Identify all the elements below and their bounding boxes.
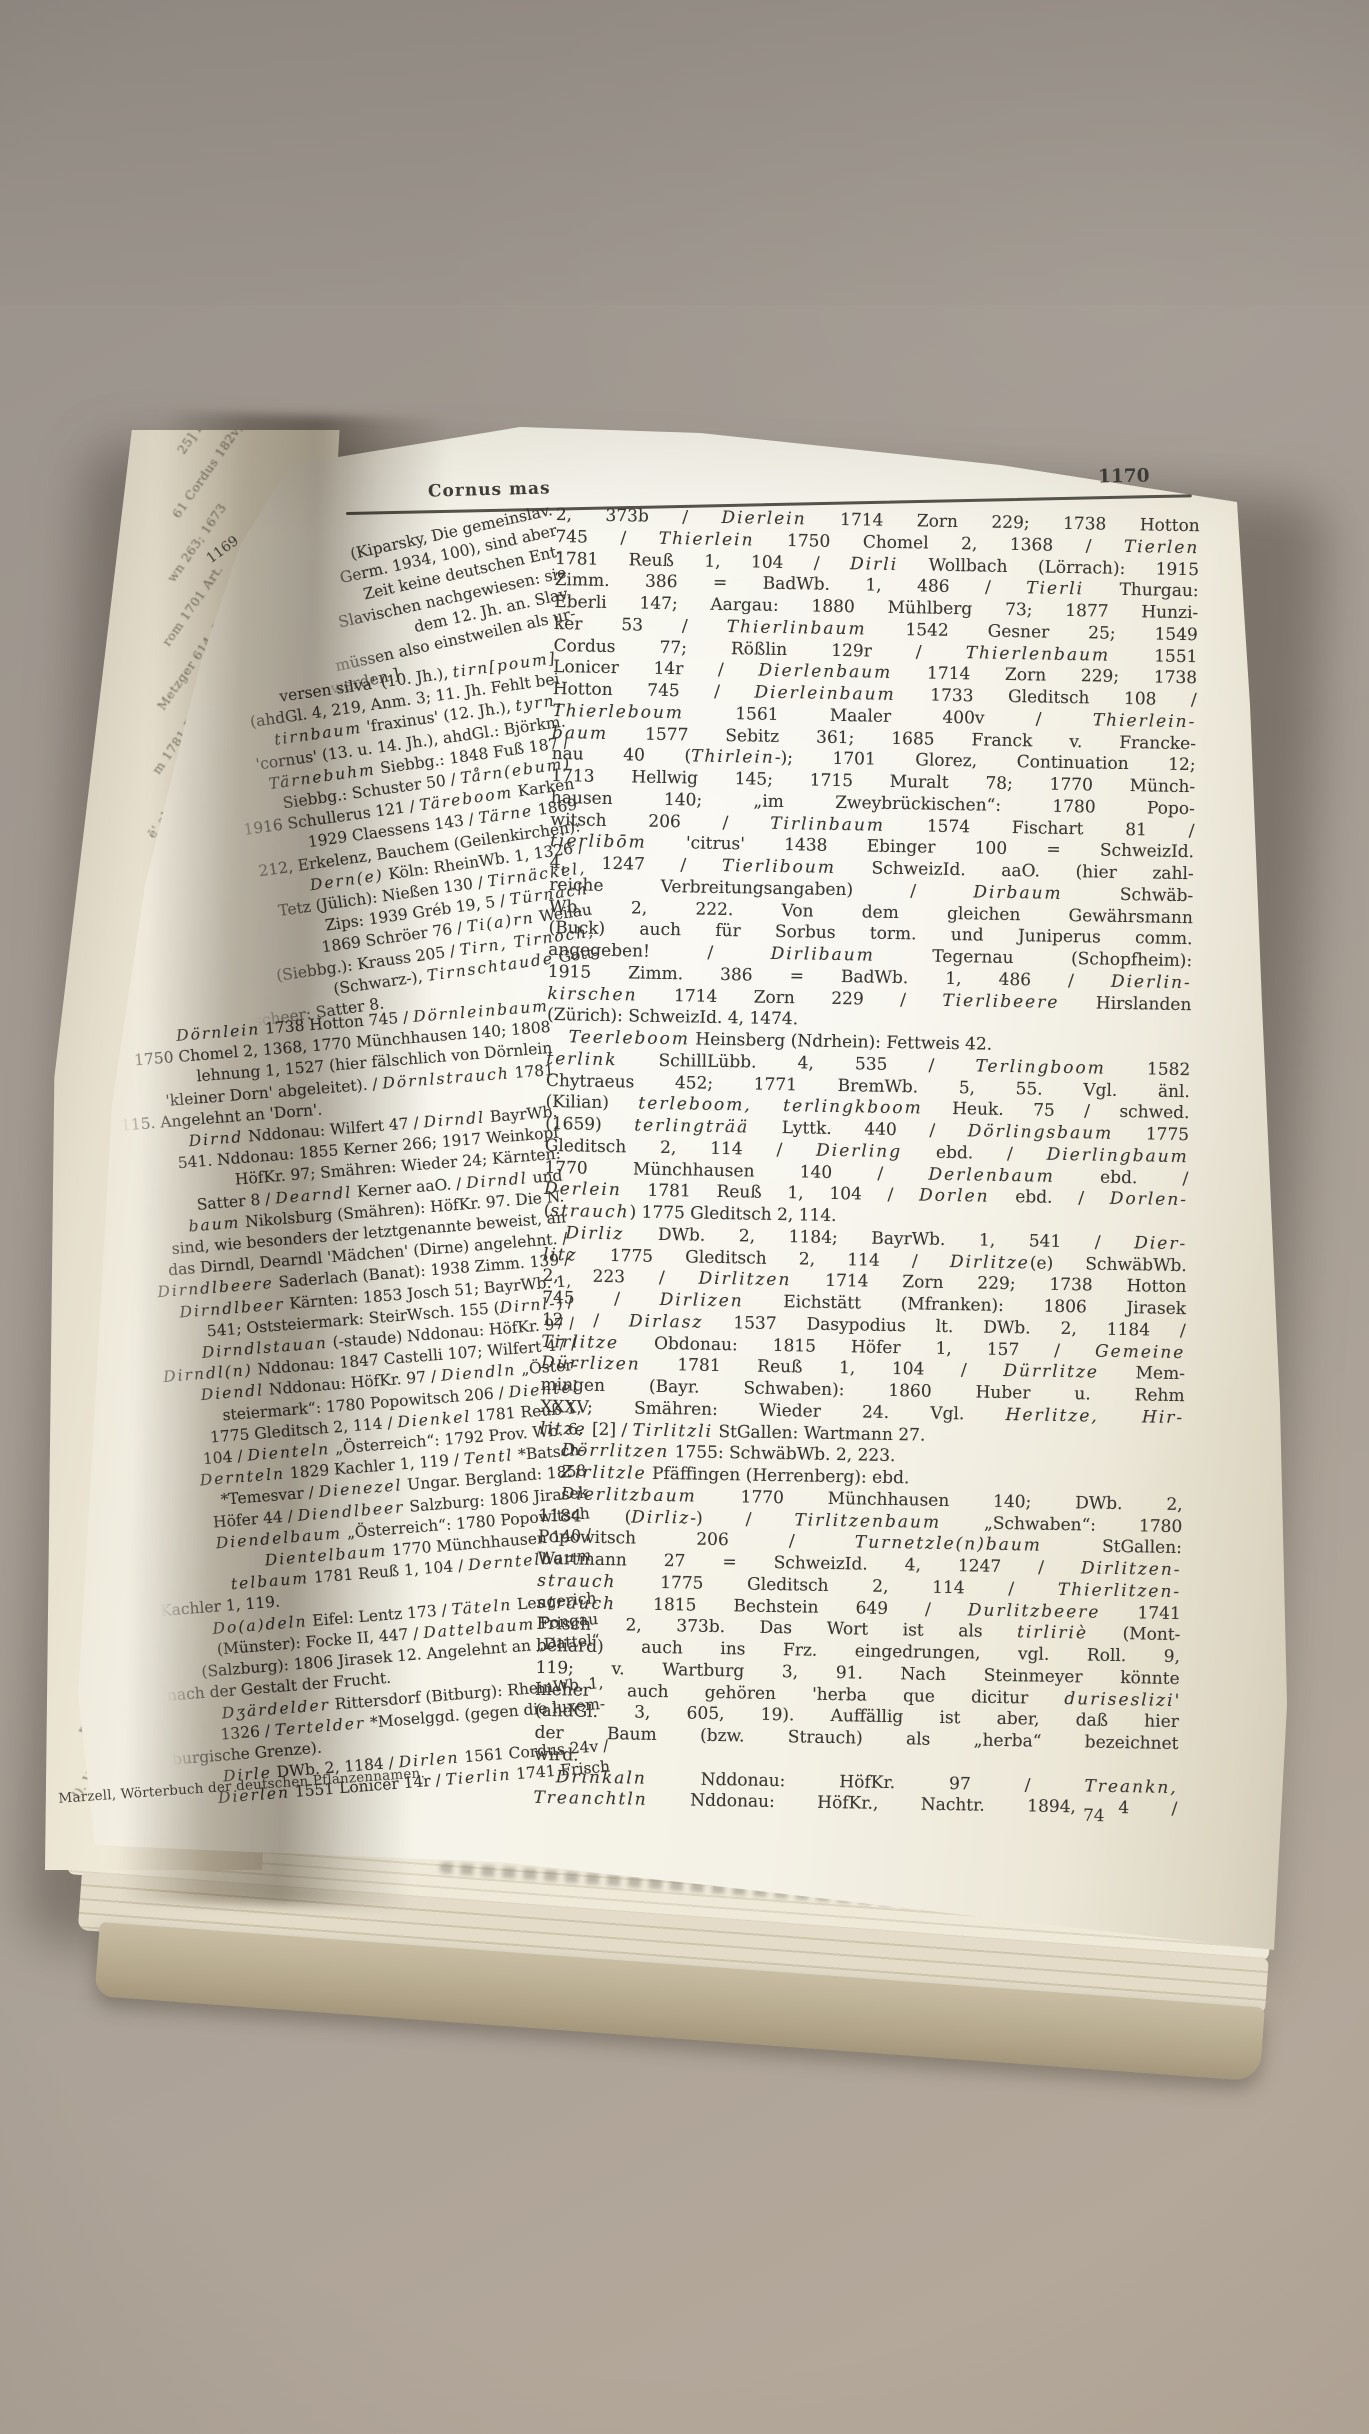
facing-page-text-fragment: 61 Cordus 182v; 1 bbox=[169, 410, 253, 521]
running-head-title: Cornus mas bbox=[428, 478, 551, 501]
book-photo-scene: 25] Lonicer 14r; 1561 C61 Cordus 182v; 1… bbox=[0, 0, 1369, 2434]
page-number: 1170 bbox=[1098, 466, 1150, 488]
table-surface-shadow bbox=[0, 0, 1369, 305]
left-column-upper: versen silva' (10. Jh.), tirn[poum](ahdG… bbox=[208, 648, 602, 1033]
sheet-signature-number: 74 bbox=[1083, 1806, 1105, 1827]
right-column: 2, 373b / Dierlein 1714 Zorn 229; 1738 H… bbox=[533, 505, 1200, 1821]
